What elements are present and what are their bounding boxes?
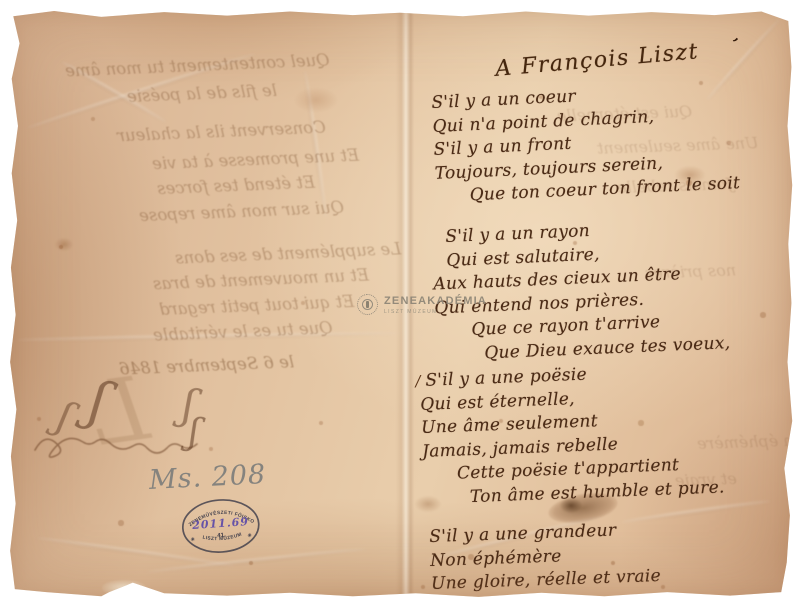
- stamp-middle-number: 41.: [217, 533, 226, 540]
- bleedthrough-line: Le supplément de ses dons: [175, 239, 402, 267]
- poem-stanza-3: / S'il y a une poësie Qui est éternelle,…: [419, 358, 725, 510]
- watermark-subtext: LISZT MÚZEUM: [384, 309, 487, 315]
- bleedthrough-line: Et qui tout petit regard: [159, 292, 355, 319]
- poem-stanza-2: S'il y a un rayon Qui est salutaire, Aux…: [445, 214, 731, 367]
- bleedthrough-line: Conservent ils la chaleur: [117, 118, 326, 146]
- watermark-text: ZENEAKADÉMIA: [384, 295, 487, 307]
- left-page-verso-bleedthrough: Quel contentement tu mon âme le fils de …: [7, 8, 407, 609]
- ink-fleck: ’: [722, 33, 742, 56]
- poem-title: A François Liszt: [494, 39, 700, 82]
- bleedthrough-signature: [31, 420, 211, 466]
- museum-stamp: ZENEMŰVÉSZETI FŐISKOLA LISZT MÚZEUM 2011…: [177, 493, 265, 565]
- bleedthrough-date-line: le 6 Septembre 1846: [119, 352, 295, 378]
- bleedthrough-line: le fils de la poésie: [127, 81, 278, 106]
- stamp-star-right: ✳: [247, 533, 252, 539]
- bleedthrough-line: Et étend tes forces: [157, 173, 316, 199]
- zeneakademia-logo-icon: [357, 294, 378, 315]
- stamp-star-left: ✳: [190, 537, 195, 543]
- bleedthrough-line: Que tu es le véritable: [153, 318, 333, 345]
- bleedthrough-line: Et une promesse à ta vie: [152, 146, 360, 174]
- bleedthrough-line: Quel contentement tu mon âme: [65, 50, 330, 80]
- poem-stanza-1: S'il y a un coeur Qui n'a point de chagr…: [431, 78, 741, 209]
- foxing-freckles: [7, 8, 9, 10]
- manuscript-paper: Quel contentement tu mon âme le fils de …: [7, 8, 793, 598]
- bleedthrough-line: Et un mouvement de bras: [153, 265, 370, 293]
- scan-background: Quel contentement tu mon âme le fils de …: [0, 0, 800, 609]
- stamp-accession-number: 2011.69: [191, 515, 250, 532]
- poem-stanza-4: S'il y a une grandeur Non éphémère Une g…: [429, 518, 661, 596]
- pencil-inventory-number: Ms. 208: [148, 459, 267, 496]
- collection-watermark: ZENEAKADÉMIA LISZT MÚZEUM: [357, 294, 487, 315]
- bleedthrough-line: Qui sur mon âme repose: [139, 198, 345, 226]
- stray-slash-mark: /: [415, 372, 421, 390]
- zeneakademia-logo-core: [362, 299, 373, 310]
